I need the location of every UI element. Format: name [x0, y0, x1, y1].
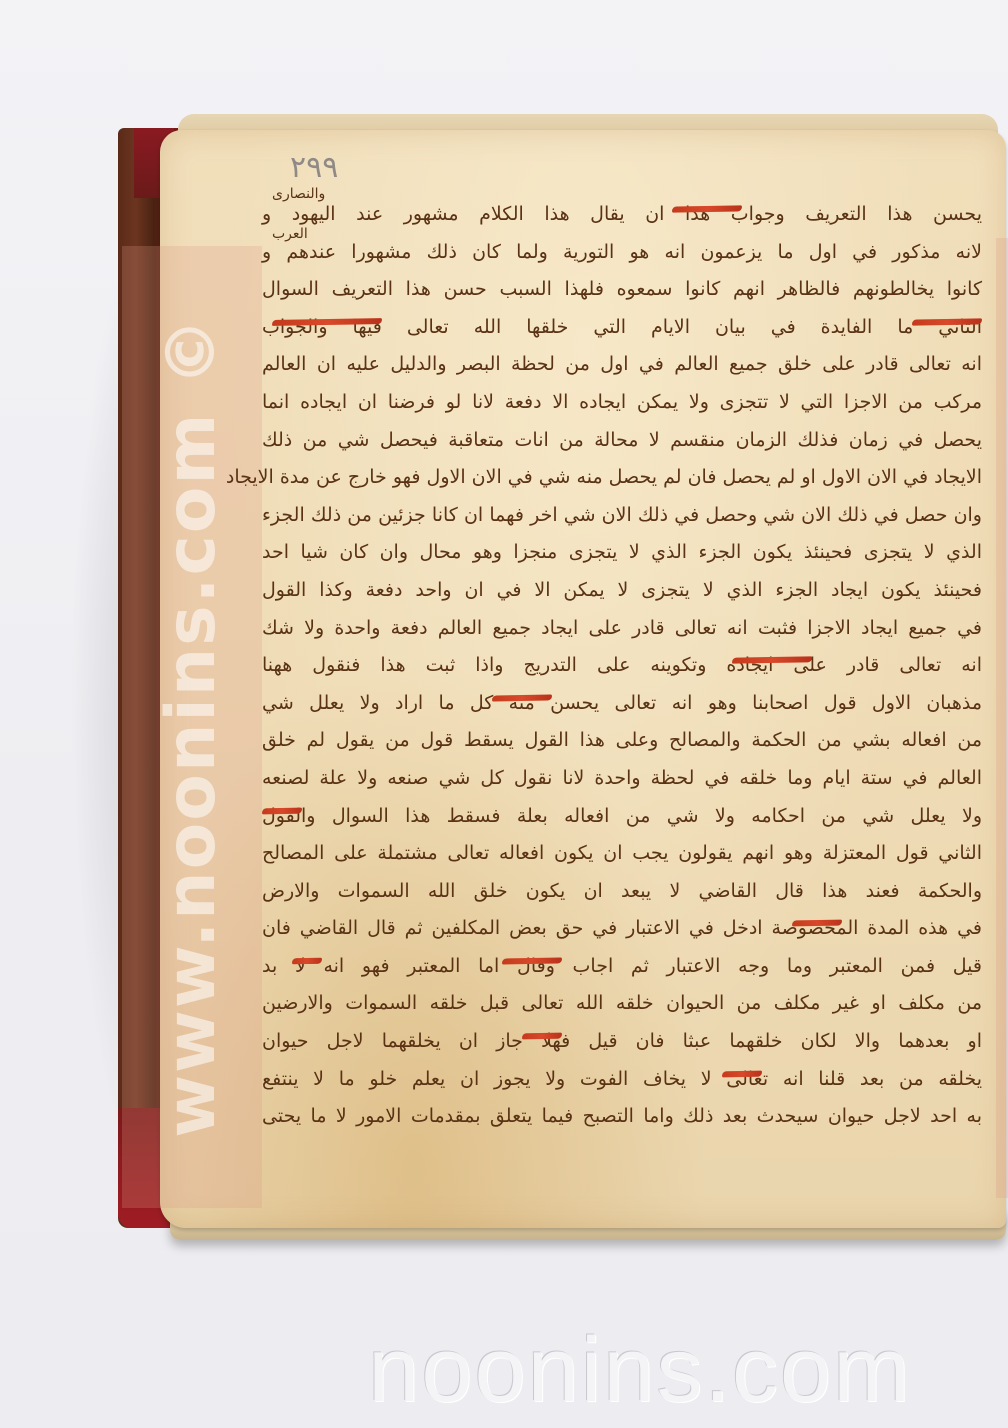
manuscript-line: لانه مذكور في اول ما يزعمون انه هو التور…: [262, 234, 982, 272]
manuscript-line: في هذه المدة المخصوصة ادخل في الاعتبار ف…: [262, 910, 982, 948]
manuscript-text-block: يحسن هذا التعريف وجواب هذا ان يقال هذا ا…: [262, 196, 982, 1136]
folio-number: ٢٩٩: [290, 150, 338, 185]
rubric-overline: [272, 318, 382, 326]
watermark-band-right: [996, 238, 1008, 1198]
rubric-overline: [672, 205, 742, 212]
manuscript-line: من افعاله بشي من الحكمة والمصالح وعلى هذ…: [262, 722, 982, 760]
manuscript-line: وان حصل في ذلك الان شي وحصل في ذلك الان …: [262, 497, 982, 535]
rubric-overline: [732, 656, 812, 663]
manuscript-line: الثاني ما الفايدة في بيان الايام التي خل…: [262, 309, 982, 347]
manuscript-line: كانوا يخالطونهم فالظاهر انهم كانوا سمعوه…: [262, 271, 982, 309]
manuscript-line: انه تعالى قادر على ايجاده وتكوينه على ال…: [262, 647, 982, 685]
rubric-overline: [792, 920, 842, 927]
manuscript-line: ولا يعلل شي من احكامه ولا شي من افعاله ب…: [262, 798, 982, 836]
manuscript-line: من مكلف او غير مكلف من الحيوان خلقه الله…: [262, 985, 982, 1023]
manuscript-line: الذي لا يتجزى فحينئذ يكون الجزء الذي لا …: [262, 534, 982, 572]
manuscript-line: انه تعالى قادر على خلق جميع العالم في او…: [262, 346, 982, 384]
manuscript-line: او بعدهما والا لكان خلقهما عبثا فان قيل …: [262, 1023, 982, 1061]
manuscript-line: العالم في ستة ايام وما خلقه في لحظة واحد…: [262, 760, 982, 798]
rubric-overline: [292, 958, 322, 965]
manuscript-line: مركب من الاجزا التي لا تتجزى ولا يمكن اي…: [262, 384, 982, 422]
rubric-overline: [912, 318, 982, 325]
rubric-overline: [522, 1033, 562, 1040]
manuscript-line: به احد لاجل حيوان سيحدث بعد ذلك واما الت…: [262, 1098, 982, 1136]
manuscript-line: في جميع ايجاد الاجزا فثبت انه تعالى قادر…: [262, 610, 982, 648]
bottom-watermark: noonins.com: [340, 1320, 940, 1420]
vertical-watermark-text: www.noonins.com ©: [153, 316, 232, 1138]
manuscript-line: فحينئذ يكون ايجاد الجزء الذي لا يتجزى لا…: [262, 572, 982, 610]
manuscript-line: قيل فمن المعتبر وما وجه الاعتبار ثم اجاب…: [262, 948, 982, 986]
manuscript-line: الثاني قول المعتزلة وهو انهم يقولون يجب …: [262, 835, 982, 873]
manuscript-line: مذهبان الاول قول اصحابنا وهو انه تعالى ي…: [262, 685, 982, 723]
rubric-overline: [722, 1070, 762, 1077]
rubric-overline: [262, 807, 302, 814]
manuscript-line: الايجاد في الان الاول او لم يحصل فان لم …: [262, 459, 982, 497]
rubric-overline: [502, 957, 562, 964]
manuscript-line: يحسن هذا التعريف وجواب هذا ان يقال هذا ا…: [262, 196, 982, 234]
rubric-overline: [492, 694, 552, 701]
manuscript-line: يحصل في زمان فذلك الزمان منقسم لا محالة …: [262, 422, 982, 460]
manuscript-line: والحكمة فعند هذا قال القاضي لا يبعد ان ي…: [262, 873, 982, 911]
vertical-watermark: www.noonins.com ©: [122, 246, 262, 1208]
manuscript-line: يخلقه من بعد قلنا انه تعالى لا يخاف الفو…: [262, 1061, 982, 1099]
